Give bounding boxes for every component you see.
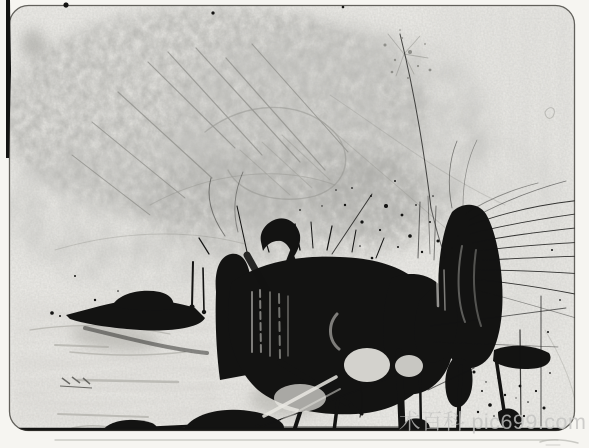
watermark-text: 术百科 pic699.com [399, 410, 586, 434]
abstract-print-canvas: 术百科 pic699.com [0, 0, 589, 448]
artwork-scan: 术百科 pic699.com [0, 0, 589, 448]
